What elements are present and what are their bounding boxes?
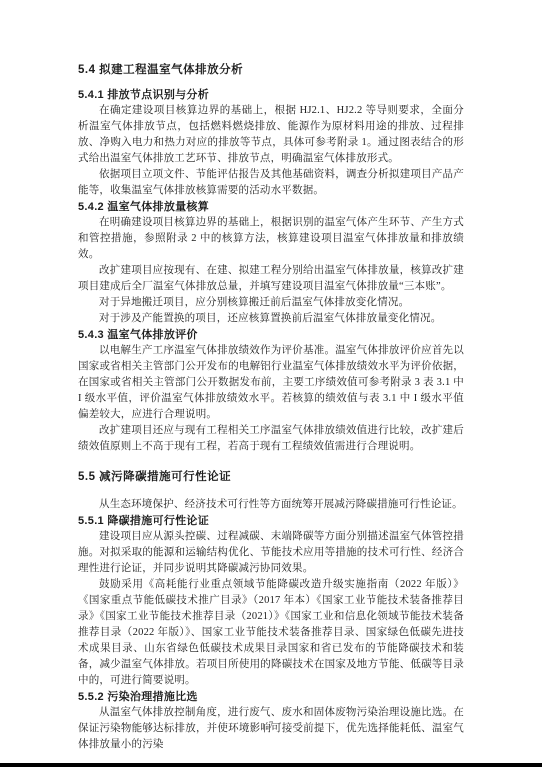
window-bottom-edge: [0, 763, 542, 767]
paragraph: 建设项目应从源头控碳、过程减碳、末端降碳等方面分别描述温室气体管控措施。对拟采取…: [78, 529, 464, 577]
paragraph: 以电解生产工序温室气体排放绩效作为评价基准。温室气体排放评价应首先以国家或省相关…: [78, 343, 464, 423]
paragraph: 对于涉及产能置换的项目，还应核算置换前后温室气体排放量变化情况。: [78, 311, 464, 327]
paragraph: 在确定建设项目核算边界的基础上，根据 HJ2.1、HJ2.2 等导则要求，全面分…: [78, 103, 464, 167]
paragraph: 鼓励采用《高耗能行业重点领域节能降碳改造升级实施指南（2022 年版）》《国家重…: [78, 577, 464, 689]
paragraph: 改扩建项目应按现有、在建、拟建工程分别给出温室气体排放量，核算改扩建项目建成后全…: [78, 263, 464, 295]
document-content: 5.4 拟建工程温室气体排放分析 5.4.1 排放节点识别与分析 在确定建设项目…: [78, 62, 464, 753]
document-page: 5.4 拟建工程温室气体排放分析 5.4.1 排放节点识别与分析 在确定建设项目…: [0, 0, 542, 767]
subsection-heading-5-4-1: 5.4.1 排放节点识别与分析: [78, 87, 464, 103]
paragraph: 依据项目立项文件、节能评估报告及其他基础资料，调查分析拟建项目产品产能等，收集温…: [78, 167, 464, 199]
section-heading-5-4: 5.4 拟建工程温室气体排放分析: [78, 62, 464, 78]
section-heading-5-5: 5.5 减污降碳措施可行性论证: [78, 469, 464, 485]
paragraph: 改扩建项目还应与现有工程相关工序温室气体排放绩效值进行比较，改扩建后绩效值原则上…: [78, 423, 464, 455]
subsection-heading-5-5-2: 5.5.2 污染治理措施比选: [78, 689, 464, 705]
subsection-heading-5-5-1: 5.5.1 降碳措施可行性论证: [78, 513, 464, 529]
paragraph: 在明确建设项目核算边界的基础上，根据识别的温室气体产生环节、产生方式和管控措施，…: [78, 215, 464, 263]
subsection-heading-5-4-2: 5.4.2 温室气体排放量核算: [78, 199, 464, 215]
page-number: 7: [0, 720, 542, 730]
subsection-heading-5-4-3: 5.4.3 温室气体排放评价: [78, 327, 464, 343]
paragraph: 从生态环境保护、经济技术可行性等方面统筹开展减污降碳措施可行性论证。: [78, 497, 464, 513]
paragraph: 对于异地搬迁项目，应分别核算搬迁前后温室气体排放变化情况。: [78, 295, 464, 311]
